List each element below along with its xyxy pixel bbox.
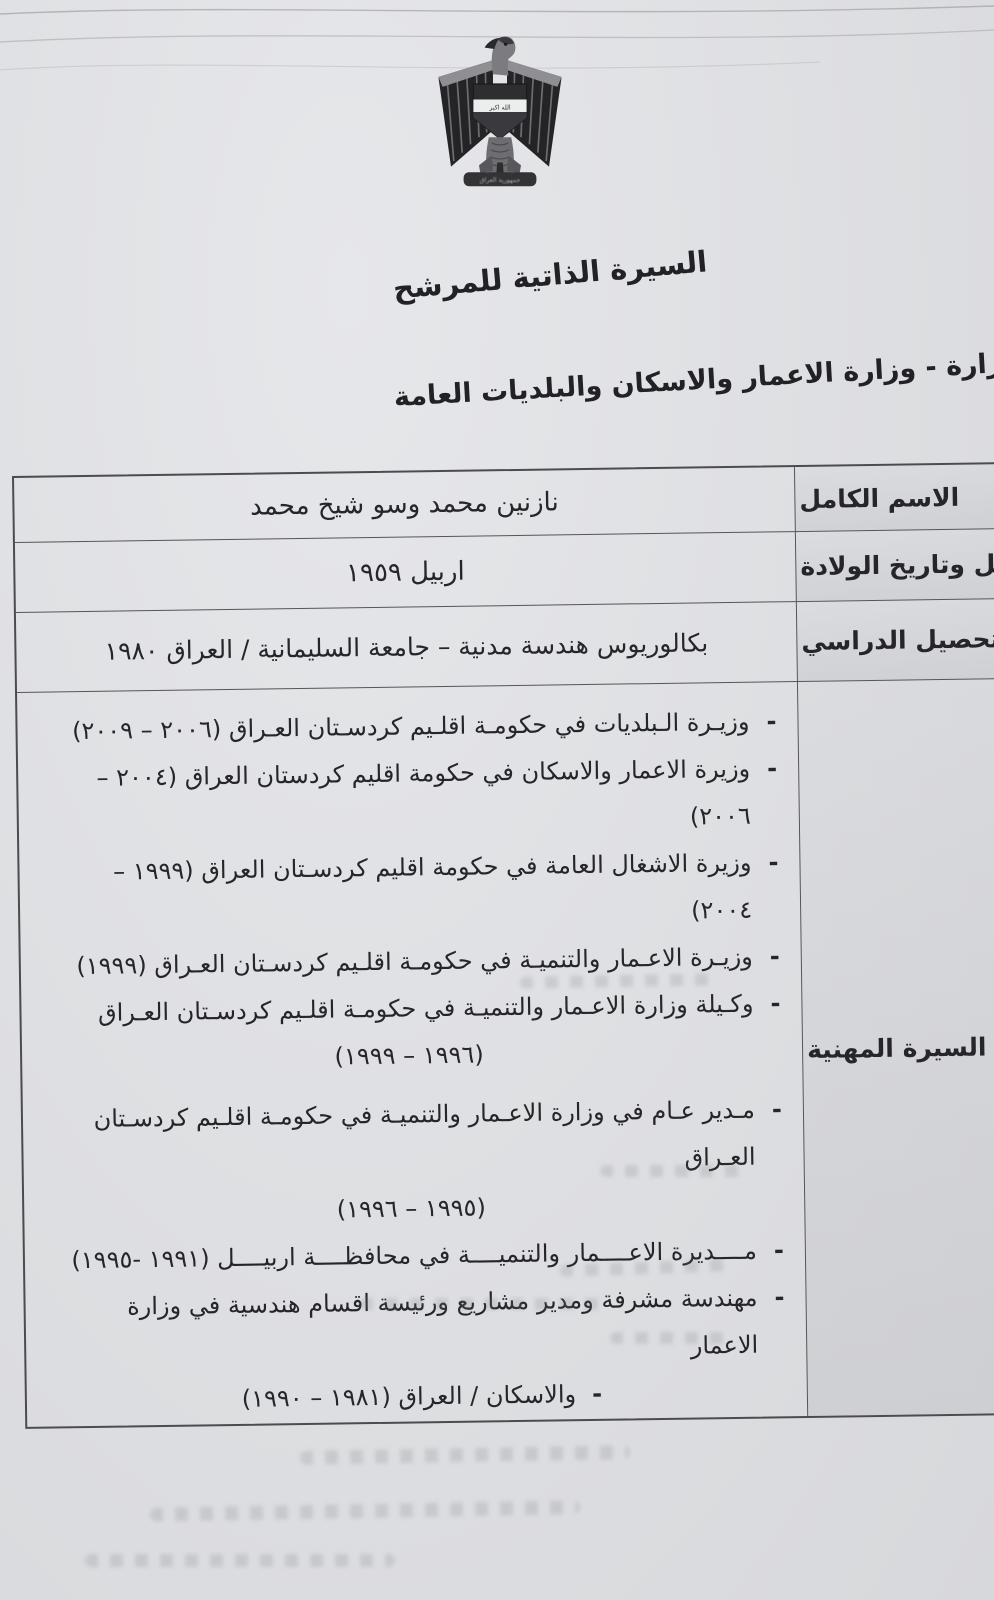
bleed-through-artifact [360, 1298, 600, 1310]
bleed-through-artifact [85, 1554, 395, 1567]
scanned-cv-page: { "colors": { "paper": "#dfe0e3", "ink":… [0, 0, 994, 1600]
career-line-text: وزيرة الاعمار والاسكان في حكومة اقليم كر… [48, 746, 751, 850]
career-line: - وزيرة الاشغال العامة في حكومة اقليم كر… [49, 839, 780, 943]
full-name-label-cell: الاسم الكامل [794, 464, 994, 531]
career-line: - وزيرة الاعمار والاسكان في حكومة اقليم … [48, 745, 779, 849]
dash-bullet: - [773, 1274, 786, 1321]
career-label-cell: السيرة المهنية [797, 678, 994, 1416]
bleed-through-artifact [300, 1445, 630, 1465]
career-line-text: (١٩٩٥ – ١٩٩٦) [336, 1184, 486, 1233]
cv-table: نازنين محمد وسو شيخ محمد الاسم الكامل ار… [12, 462, 994, 1429]
base-scroll-text: جمهورية العراق [480, 177, 521, 184]
dash-bullet: - [771, 1086, 784, 1133]
dash-bullet: - [592, 1371, 603, 1418]
birth-text: اربيل ١٩٥٩ [346, 556, 465, 588]
career-line: - مهندسة مشرفة ومدير مشاريع ورئيسة اقسام… [55, 1274, 786, 1378]
bleed-through-artifact [150, 1500, 580, 1522]
full-name-text: نازنين محمد وسو شيخ محمد [250, 487, 559, 521]
iraq-eagle-emblem: الله اكبر جمهورية العراق [430, 32, 570, 190]
full-name-label: الاسم الكامل [799, 482, 959, 513]
birth-value: اربيل ١٩٥٩ [15, 531, 796, 612]
education-label: التحصيل الدراسي [801, 624, 994, 656]
career-line-text: وزيرة الاشغال العامة في حكومة اقليم كردس… [49, 840, 752, 944]
dash-bullet: - [766, 745, 779, 792]
career-line-text: مهندسة مشرفة ومدير مشاريع ورئيسة اقسام ه… [55, 1275, 758, 1379]
dash-bullet: - [765, 698, 778, 745]
birth-label: محل وتاريخ الولادة [800, 549, 994, 581]
career-label: السيرة المهنية [807, 1032, 987, 1064]
dash-bullet: - [773, 1227, 786, 1274]
bleed-through-artifact [610, 1332, 730, 1344]
career-line-text: والاسكان / العراق (١٩٨١ – ١٩٩٠) [241, 1371, 576, 1423]
full-name-value: نازنين محمد وسو شيخ محمد [14, 467, 795, 542]
career-list: - وزيـرة الـبلديات في حكومـة اقلـيم كردس… [17, 681, 807, 1427]
dash-bullet: - [769, 980, 782, 1027]
dash-bullet: - [767, 839, 780, 886]
ministry-line: زارة - وزارة الاعمار والاسكان والبلديات … [393, 348, 994, 413]
eagle-base-scroll: جمهورية العراق [464, 172, 537, 186]
dash-bullet: - [768, 933, 781, 980]
education-label-cell: التحصيل الدراسي [796, 598, 994, 681]
document-title: السيرة الذاتية للمرشح [369, 242, 731, 307]
career-line-text: وكـيلة وزارة الاعـمار والتنميـة في حكومـ… [98, 981, 754, 1037]
education-text: بكالوريوس هندسة مدنية – جامعة السليمانية… [104, 628, 708, 665]
birth-label-cell: محل وتاريخ الولادة [795, 528, 994, 601]
career-line-text: (١٩٩٦ – ١٩٩٩) [334, 1031, 484, 1080]
bleed-through-artifact [600, 1165, 750, 1177]
shield-takbir-text: الله اكبر [488, 104, 511, 111]
education-value: بكالوريوس هندسة مدنية – جامعة السليمانية… [16, 601, 797, 692]
